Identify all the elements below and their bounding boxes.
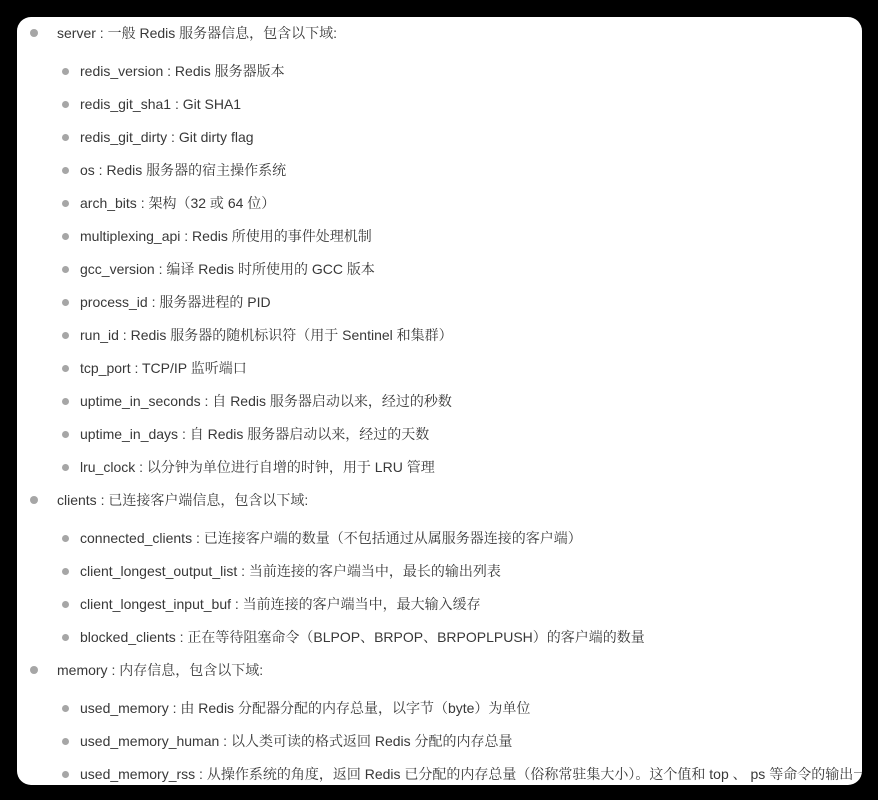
bullet-icon [62,200,69,207]
field-description: redis_git_sha1 : Git SHA1 [80,96,241,112]
list-item: used_memory_human : 以人类可读的格式返回 Redis 分配的… [49,731,850,751]
field-description: multiplexing_api : Redis 所使用的事件处理机制 [80,228,372,244]
field-description: tcp_port : TCP/IP 监听端口 [80,360,247,376]
bullet-icon [62,464,69,471]
list-item: os : Redis 服务器的宿主操作系统 [49,160,850,180]
field-description: used_memory_rss : 从操作系统的角度，返回 Redis 已分配的… [80,766,862,782]
section-clients-label: clients : 已连接客户端信息，包含以下域: [57,492,308,508]
field-description: redis_version : Redis 服务器版本 [80,63,285,79]
list-item: connected_clients : 已连接客户端的数量（不包括通过从属服务器… [49,528,850,548]
list-item: uptime_in_days : 自 Redis 服务器启动以来，经过的天数 [49,424,850,444]
section-memory-label: memory : 内存信息，包含以下域: [57,662,263,678]
bullet-icon [62,233,69,240]
bullet-icon [62,568,69,575]
list-item: blocked_clients : 正在等待阻塞命令（BLPOP、BRPOP、B… [49,627,850,647]
field-description: arch_bits : 架构（32 或 64 位） [80,195,275,211]
field-description: blocked_clients : 正在等待阻塞命令（BLPOP、BRPOP、B… [80,629,645,645]
field-description: client_longest_input_buf : 当前连接的客户端当中，最大… [80,596,481,612]
bullet-icon [62,398,69,405]
field-description: redis_git_dirty : Git dirty flag [80,129,254,145]
field-description: process_id : 服务器进程的 PID [80,294,271,310]
clients-fields-list: connected_clients : 已连接客户端的数量（不包括通过从属服务器… [17,528,850,647]
field-description: uptime_in_seconds : 自 Redis 服务器启动以来，经过的秒… [80,393,452,409]
bullet-icon [62,101,69,108]
bullet-icon [62,771,69,778]
bullet-icon [62,738,69,745]
memory-fields-list: used_memory : 由 Redis 分配器分配的内存总量，以字节（byt… [17,698,850,784]
bullet-icon [62,266,69,273]
bullet-icon [62,167,69,174]
bullet-icon [62,535,69,542]
field-description: lru_clock : 以分钟为单位进行自增的时钟，用于 LRU 管理 [80,459,435,475]
section-memory-row: memory : 内存信息，包含以下域: [17,660,850,680]
list-item: lru_clock : 以分钟为单位进行自增的时钟，用于 LRU 管理 [49,457,850,477]
list-item: process_id : 服务器进程的 PID [49,292,850,312]
field-description: gcc_version : 编译 Redis 时所使用的 GCC 版本 [80,261,375,277]
server-fields-list: redis_version : Redis 服务器版本 redis_git_sh… [17,61,850,477]
bullet-icon [62,134,69,141]
list-item: client_longest_input_buf : 当前连接的客户端当中，最大… [49,594,850,614]
bullet-icon [30,666,38,674]
list-item: used_memory : 由 Redis 分配器分配的内存总量，以字节（byt… [49,698,850,718]
content-card: server : 一般 Redis 服务器信息，包含以下域: redis_ver… [17,17,862,785]
section-server: server : 一般 Redis 服务器信息，包含以下域: redis_ver… [17,23,850,477]
list-item: multiplexing_api : Redis 所使用的事件处理机制 [49,226,850,246]
bullet-icon [62,431,69,438]
field-description: run_id : Redis 服务器的随机标识符（用于 Sentinel 和集群… [80,327,453,343]
bullet-icon [62,68,69,75]
bullet-icon [62,332,69,339]
section-server-row: server : 一般 Redis 服务器信息，包含以下域: [17,23,850,43]
bullet-icon [62,299,69,306]
list-item: uptime_in_seconds : 自 Redis 服务器启动以来，经过的秒… [49,391,850,411]
section-memory: memory : 内存信息，包含以下域: used_memory : 由 Red… [17,660,850,784]
field-description: used_memory_human : 以人类可读的格式返回 Redis 分配的… [80,733,513,749]
section-server-label: server : 一般 Redis 服务器信息，包含以下域: [57,25,337,41]
list-item: gcc_version : 编译 Redis 时所使用的 GCC 版本 [49,259,850,279]
list-item: tcp_port : TCP/IP 监听端口 [49,358,850,378]
field-description: connected_clients : 已连接客户端的数量（不包括通过从属服务器… [80,530,582,546]
redis-info-list: server : 一般 Redis 服务器信息，包含以下域: redis_ver… [17,23,850,784]
bullet-icon [62,365,69,372]
section-clients-row: clients : 已连接客户端信息，包含以下域: [17,490,850,510]
bullet-icon [62,705,69,712]
list-item: run_id : Redis 服务器的随机标识符（用于 Sentinel 和集群… [49,325,850,345]
field-description: used_memory : 由 Redis 分配器分配的内存总量，以字节（byt… [80,700,530,716]
field-description: os : Redis 服务器的宿主操作系统 [80,162,286,178]
list-item: redis_git_sha1 : Git SHA1 [49,94,850,114]
field-description: uptime_in_days : 自 Redis 服务器启动以来，经过的天数 [80,426,429,442]
bullet-icon [30,29,38,37]
list-item: used_memory_rss : 从操作系统的角度，返回 Redis 已分配的… [49,764,850,784]
field-description: client_longest_output_list : 当前连接的客户端当中，… [80,563,501,579]
list-item: arch_bits : 架构（32 或 64 位） [49,193,850,213]
section-clients: clients : 已连接客户端信息，包含以下域: connected_clie… [17,490,850,647]
list-item: redis_version : Redis 服务器版本 [49,61,850,81]
list-item: client_longest_output_list : 当前连接的客户端当中，… [49,561,850,581]
bullet-icon [30,496,38,504]
bullet-icon [62,634,69,641]
list-item: redis_git_dirty : Git dirty flag [49,127,850,147]
bullet-icon [62,601,69,608]
